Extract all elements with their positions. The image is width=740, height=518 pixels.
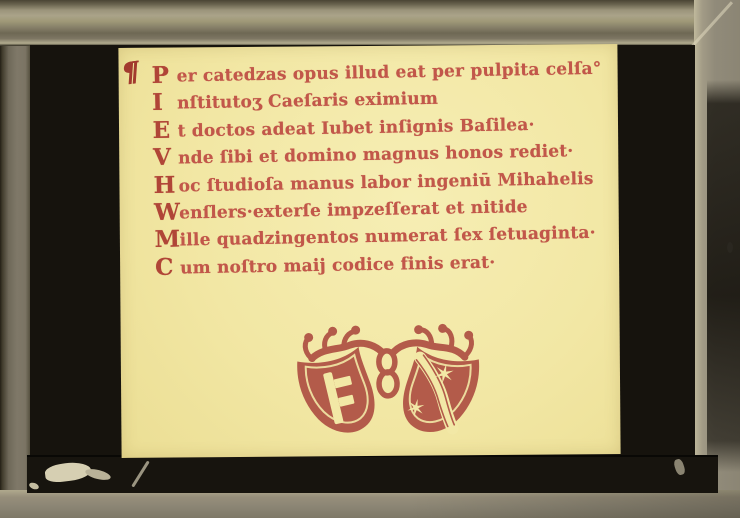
verse-initial: I [152,89,177,117]
frame-top-edge [0,0,740,46]
verse-text: nſtitutoʒ Caeſaris eximium [177,89,438,114]
binding-tape [27,455,718,493]
verse-initial: E [152,116,177,144]
pilcrow-mark: ¶ [120,58,141,87]
frame-shadow [707,80,740,472]
tape-scratch [673,458,687,476]
tape-scratch [84,467,111,482]
printer-device-icon [285,313,491,453]
frame-bottom-edge [0,490,740,518]
colophon-verse: ¶Per catedzas opus illud eat per pulpita… [121,53,618,281]
verse-initial: P [151,62,176,90]
tape-scratch [131,460,149,487]
verse-initial: M [154,226,179,254]
verse-initial: H [153,171,178,199]
frame-notch [727,242,733,253]
left-shield-icon [294,346,381,442]
frame-left-edge [0,0,31,518]
right-shield-icon [397,346,482,440]
verse-initial: C [155,253,180,281]
slide-mat: ¶Per catedzas opus illud eat per pulpita… [30,45,695,491]
verse-text: um noſtro maij codice finis erat· [180,252,496,278]
knot-loop-icon [379,351,397,396]
incunable-page: ¶Per catedzas opus illud eat per pulpita… [118,44,620,458]
verse-initial: W [154,198,179,226]
tape-scratch [28,481,39,490]
verse-initial: V [153,144,178,172]
lantern-slide-photo: ¶Per catedzas opus illud eat per pulpita… [0,0,740,518]
